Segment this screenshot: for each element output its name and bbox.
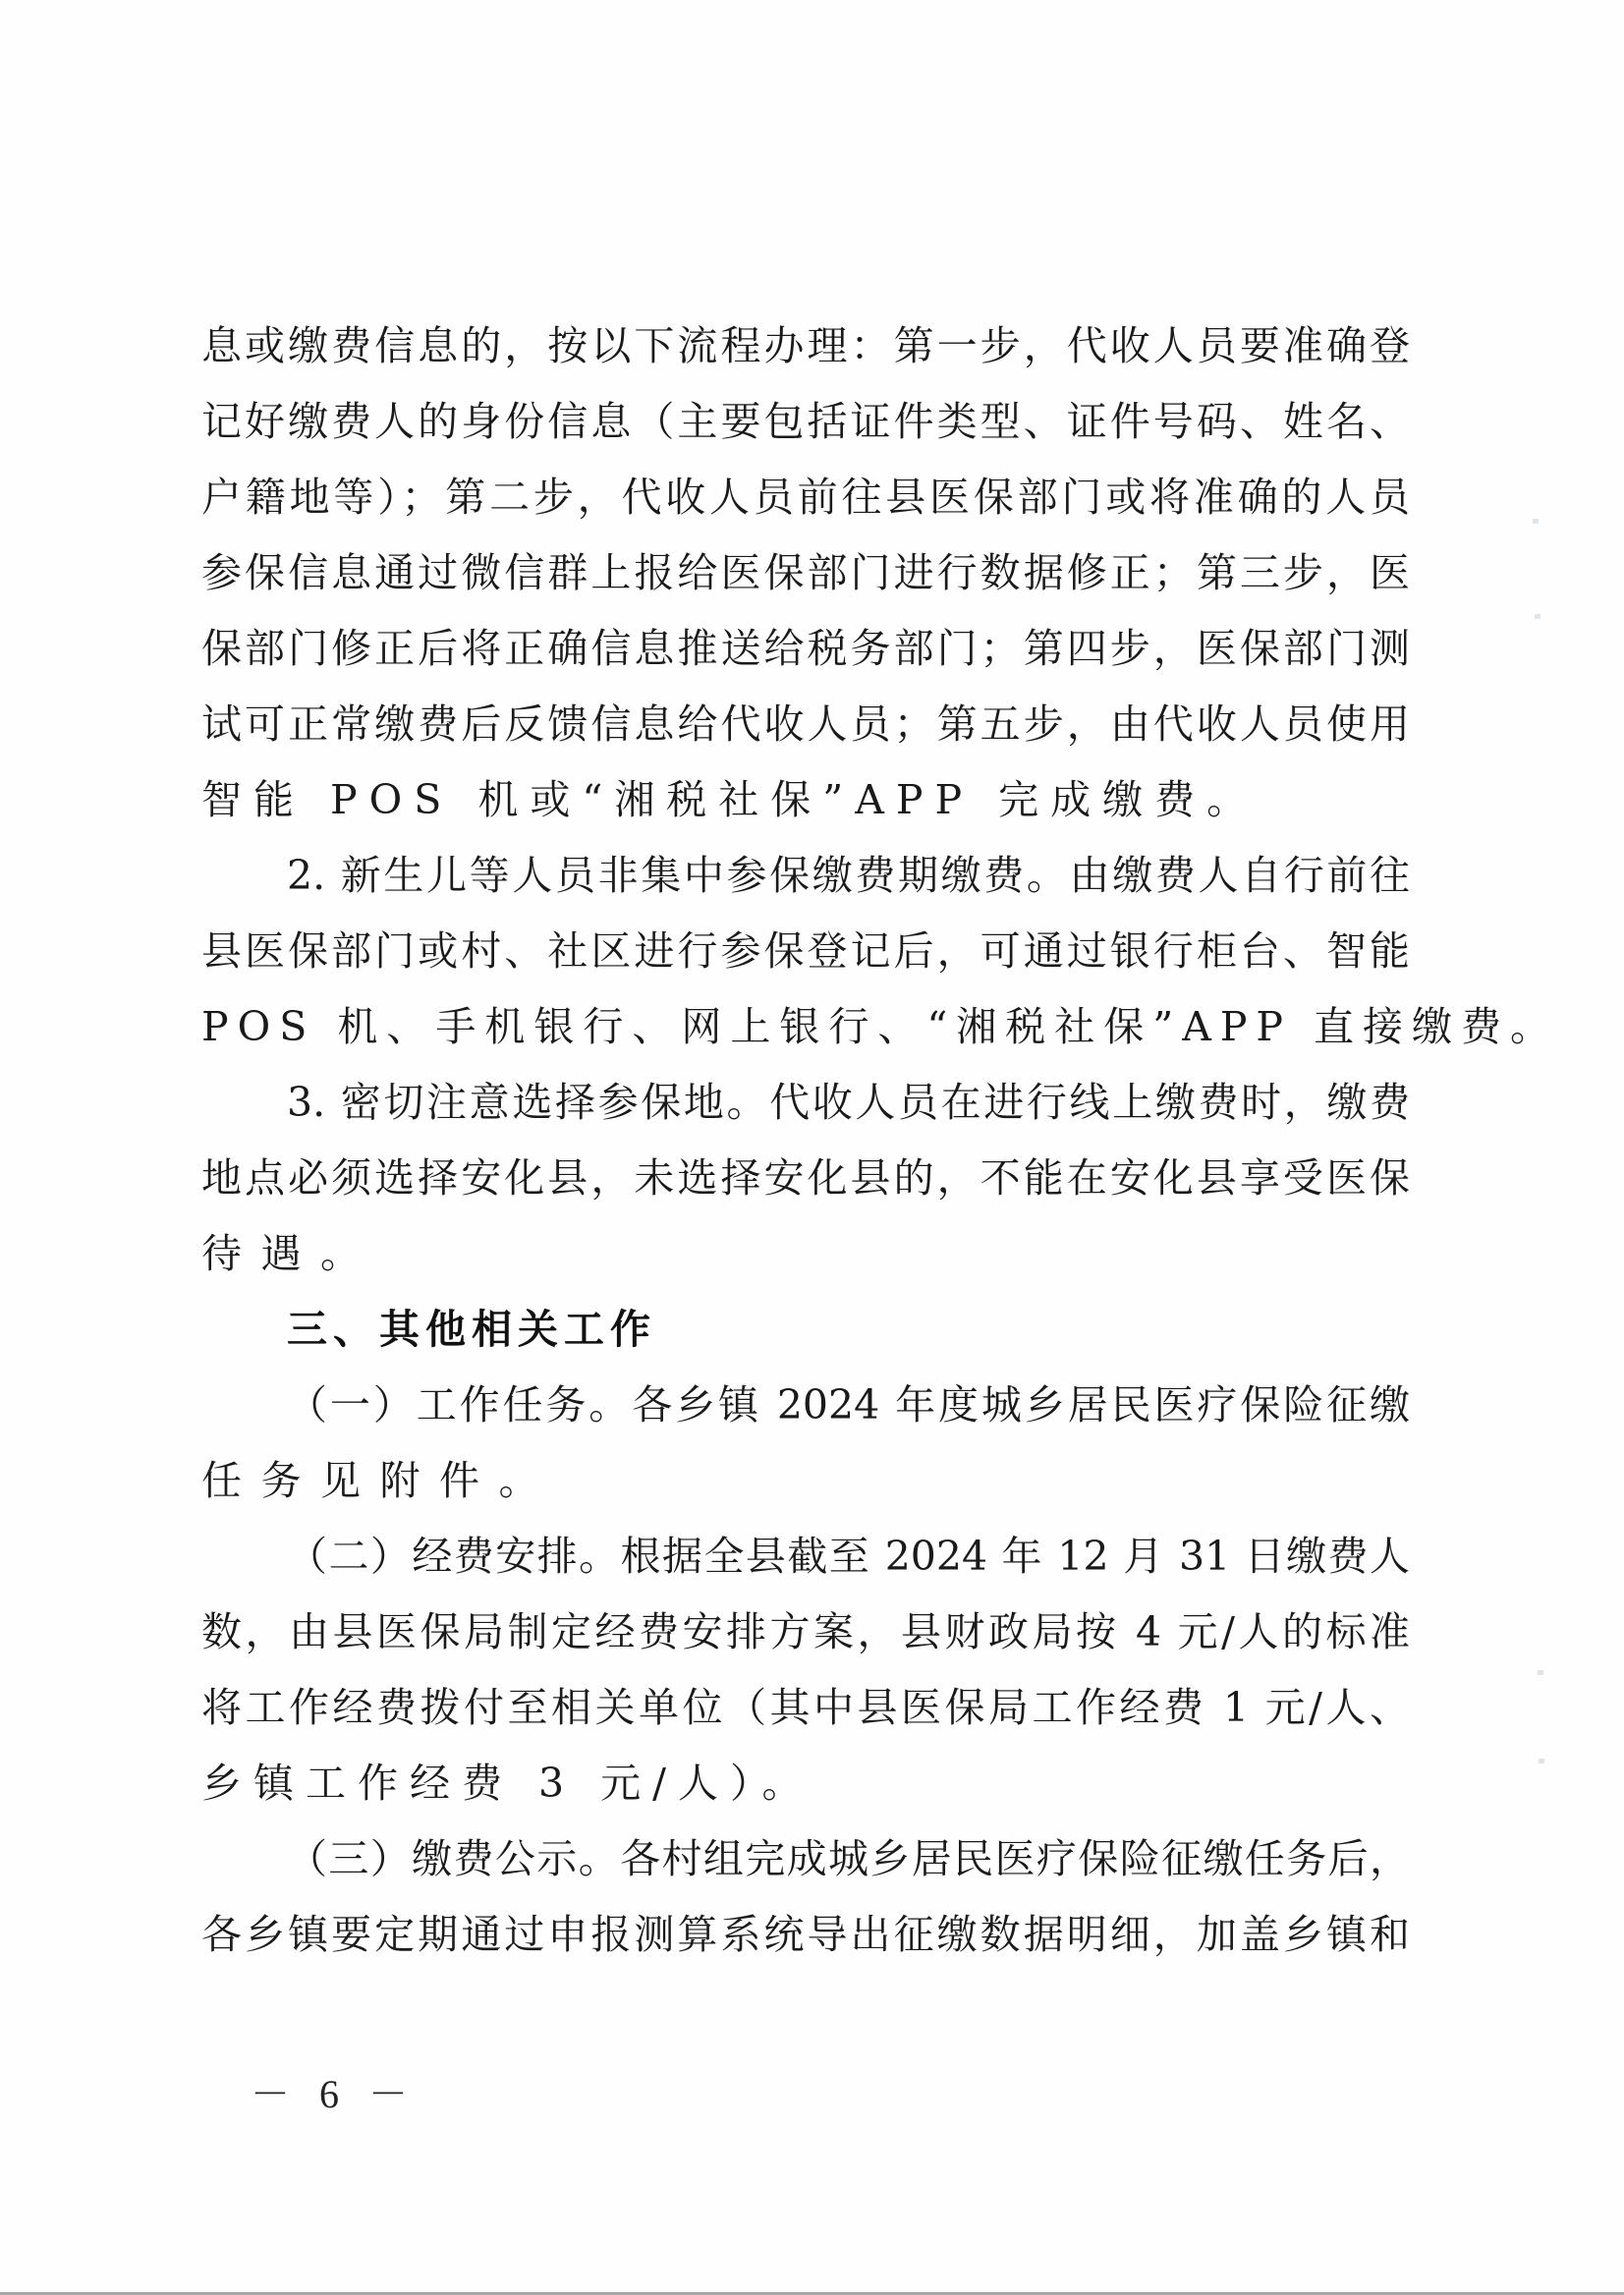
page-number: － 6 － <box>251 2063 418 2119</box>
subsection-2-line-4: 乡镇工作经费 3 元/人）。 <box>201 1754 1410 1813</box>
item-2-line-2: 县医保部门或村、社区进行参保登记后，可通过银行柜台、智能 <box>201 922 1410 980</box>
item-3-first-line: 3. 密切注意选择参保地。代收人员在进行线上缴费时，缴费 <box>287 1073 1410 1132</box>
body-line-3: 户籍地等）；第二步，代收人员前往县医保部门或将准确的人员 <box>201 468 1410 527</box>
subsection-2-line-3: 将工作经费拨付至相关单位（其中县医保局工作经费 1 元/人、 <box>201 1678 1410 1737</box>
item-3-line-2: 地点必须选择安化县，未选择安化县的，不能在安化县享受医保 <box>201 1148 1410 1207</box>
item-3-line-3: 待遇。 <box>201 1224 1410 1283</box>
scan-artifact <box>1538 1670 1543 1675</box>
scan-artifact <box>1535 614 1540 619</box>
body-line-2: 记好缴费人的身份信息（主要包括证件类型、证件号码、姓名、 <box>201 392 1410 451</box>
body-line-1: 息或缴费信息的，按以下流程办理：第一步，代收人员要准确登 <box>201 316 1410 375</box>
item-2-line-3: POS 机、手机银行、网上银行、“湘税社保”APP 直接缴费。 <box>201 997 1410 1056</box>
body-line-4: 参保信息通过微信群上报给医保部门进行数据修正；第三步，医 <box>201 543 1410 602</box>
subsection-2-line-2: 数，由县医保局制定经费安排方案，县财政局按 4 元/人的标准 <box>201 1602 1410 1661</box>
subsection-3-first-line: （三）缴费公示。各村组完成城乡居民医疗保险征缴任务后， <box>287 1829 1410 1888</box>
body-line-5: 保部门修正后将正确信息推送给税务部门；第四步，医保部门测 <box>201 619 1410 678</box>
body-line-7: 智能 POS 机或“湘税社保”APP 完成缴费。 <box>201 770 1410 829</box>
subsection-1-line-2: 任务见附件。 <box>201 1451 1410 1510</box>
subsection-3-line-2: 各乡镇要定期通过申报测算系统导出征缴数据明细，加盖乡镇和 <box>201 1905 1410 1964</box>
item-2-first-line: 2. 新生儿等人员非集中参保缴费期缴费。由缴费人自行前往 <box>287 846 1410 905</box>
section-heading: 三、其他相关工作 <box>287 1300 1410 1359</box>
scan-artifact <box>1539 1759 1544 1763</box>
subsection-2-first-line: （二）经费安排。根据全县截至 2024 年 12 月 31 日缴费人 <box>287 1527 1410 1586</box>
document-page: 息或缴费信息的，按以下流程办理：第一步，代收人员要准确登 记好缴费人的身份信息（… <box>0 0 1624 2295</box>
scan-artifact <box>1533 519 1539 524</box>
body-line-6: 试可正常缴费后反馈信息给代收人员；第五步，由代收人员使用 <box>201 695 1410 754</box>
subsection-1-first-line: （一）工作任务。各乡镇 2024 年度城乡居民医疗保险征缴 <box>287 1375 1410 1434</box>
